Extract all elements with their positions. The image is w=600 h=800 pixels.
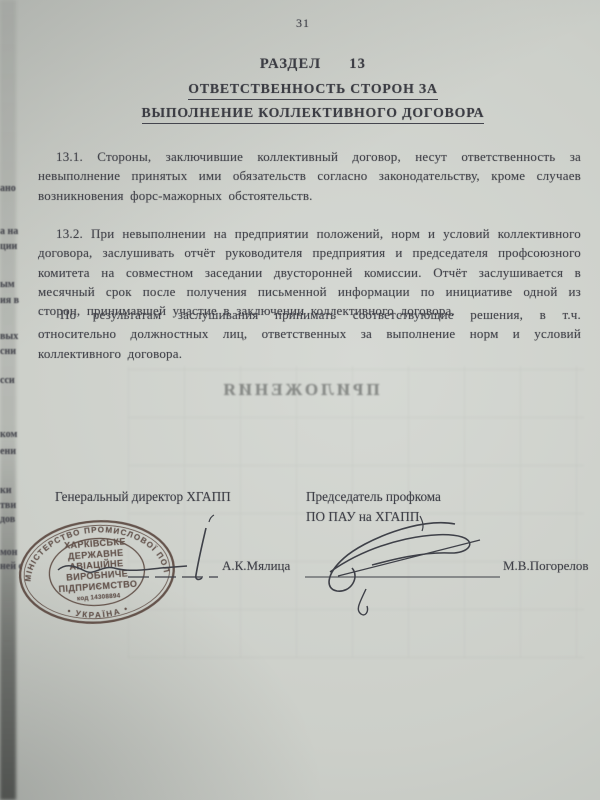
page-number: 31: [296, 16, 310, 31]
margin-fragment: ции: [0, 241, 22, 252]
section-title-line2-text: ВЫПОЛНЕНИЕ КОЛЛЕКТИВНОГО ДОГОВОРА: [142, 105, 485, 124]
right-signature-cross-stroke: [338, 540, 480, 576]
margin-fragment: ени: [0, 446, 22, 457]
margin-fragment: вых: [0, 331, 22, 342]
left-signature-slash: [196, 528, 206, 579]
section-title-line1-text: ОТВЕТСТВЕННОСТЬ СТОРОН ЗА: [188, 81, 437, 100]
section-number: 13: [349, 56, 366, 72]
margin-fragment: а на: [0, 226, 22, 237]
page-edge-shadow: [0, 0, 16, 800]
margin-fragment: ано: [0, 183, 22, 194]
margin-fragment: сси: [0, 375, 22, 386]
margin-fragment: сни: [0, 346, 22, 357]
margin-fragment: ком: [0, 429, 22, 440]
right-signatory-name: М.В.Погорелов: [503, 558, 589, 574]
section-title-line2: ВЫПОЛНЕНИЕ КОЛЛЕКТИВНОГО ДОГОВОРА: [26, 105, 600, 124]
paragraph-13-2-continued: По результатам заслушивания принимать со…: [38, 305, 581, 363]
left-signature-stroke: [58, 566, 187, 573]
section-heading: РАЗДЕЛ13: [26, 56, 600, 73]
section-title-line1: ОТВЕТСТВЕННОСТЬ СТОРОН ЗА: [26, 81, 600, 100]
left-signature-tick: [209, 515, 214, 522]
left-signatory-name: А.К.Мялица: [222, 558, 290, 574]
right-signature-loop: [329, 523, 455, 591]
margin-fragment: ия в: [0, 295, 22, 306]
section-label: РАЗДЕЛ: [260, 56, 321, 72]
paragraph-13-1: 13.1. Стороны, заключившие коллективный …: [38, 147, 581, 205]
margin-fragment: ым: [0, 279, 22, 290]
document-photo: ано а на ции ым ия в вых сни сси ком ени…: [0, 0, 600, 800]
right-signature-top-tick: [420, 516, 423, 531]
bleed-through-mirrored-title: ПРИЛОЖЕНИЯ: [192, 380, 408, 400]
right-signature-tail: [358, 589, 367, 615]
